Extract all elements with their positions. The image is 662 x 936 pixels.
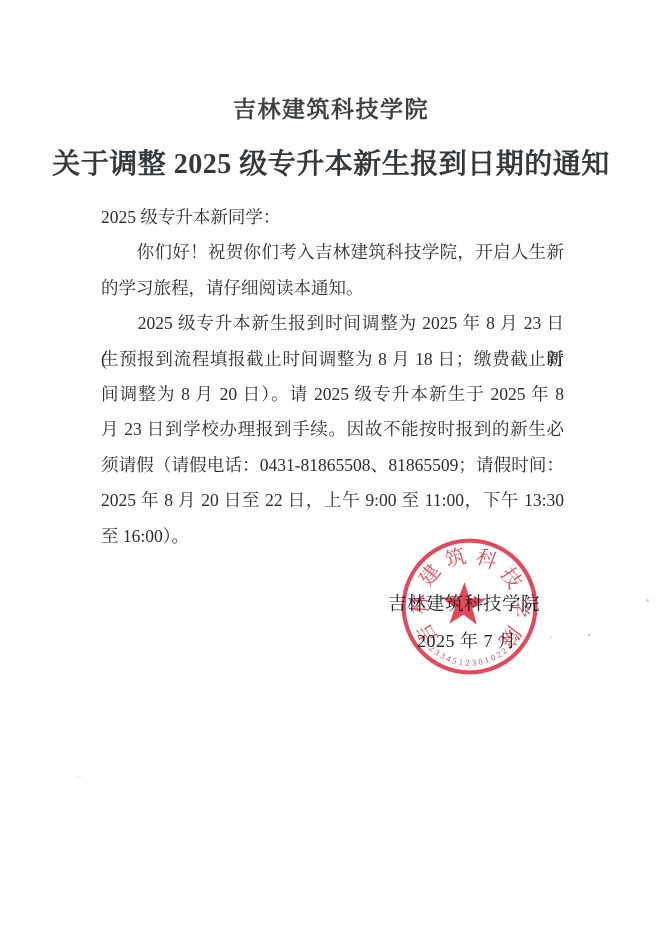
body-line: 你们好！祝贺你们考入吉林建筑科技学院，开启人生新: [101, 235, 564, 270]
document-page: 吉林建筑科技学院 关于调整 2025 级专升本新生报到日期的通知 2025 级专…: [0, 0, 662, 936]
body-line: 2025 级专升本新生报到时间调整为 2025 年 8 月 23 日(新: [101, 306, 564, 341]
svg-text:2: 2: [465, 657, 470, 667]
ink-speck: [550, 636, 552, 638]
body-line: 间调整为 8 月 20 日）。请 2025 级专升本新生于 2025 年 8: [101, 377, 564, 412]
svg-text:筑: 筑: [443, 544, 469, 572]
scan-smudge: [76, 775, 82, 778]
official-seal-icon: 吉林建筑科技学院 2201032154332: [381, 526, 557, 687]
ink-speck: [646, 599, 649, 602]
document-title: 吉林建筑科技学院: [0, 91, 662, 124]
document-body: 2025 级专升本新同学： 你们好！祝贺你们考入吉林建筑科技学院，开启人生新 的…: [101, 200, 564, 554]
svg-text:林: 林: [407, 593, 431, 615]
body-line: 的学习旅程，请仔细阅读本通知。: [101, 271, 564, 306]
svg-text:1: 1: [458, 657, 464, 668]
body-line: 须请假（请假电话：0431-81865508、81865509；请假时间：: [101, 448, 564, 483]
body-line: 月 23 日到学校办理报到手续。因故不能按时报到的新生必: [101, 412, 564, 447]
svg-text:科: 科: [473, 545, 500, 574]
body-line: 2025 级专升本新同学：: [101, 200, 564, 235]
svg-text:学: 学: [508, 597, 531, 618]
body-line: 2025 年 8 月 20 日至 22 日，上午 9:00 至 11:00，下午…: [101, 483, 564, 518]
seal-star-icon: [441, 581, 487, 625]
ink-speck: [588, 634, 591, 636]
document-subtitle: 关于调整 2025 级专升本新生报到日期的通知: [0, 142, 662, 182]
svg-text:3: 3: [471, 657, 477, 667]
body-line: 生预报到流程填报截止时间调整为 8 月 18 日；缴费截止时: [101, 342, 564, 377]
